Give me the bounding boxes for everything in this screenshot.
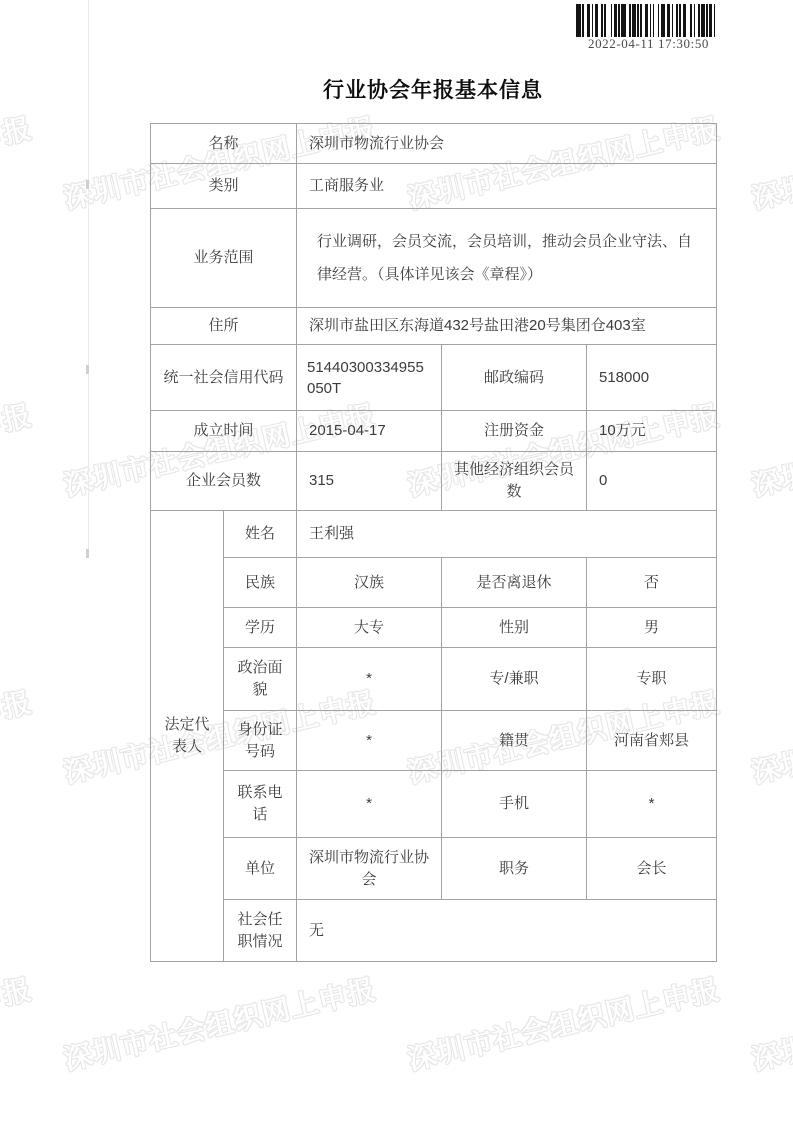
rep-full-part-time-value: 专职 (586, 648, 716, 710)
rep-gender-value: 男 (586, 608, 716, 647)
fold-tick (86, 180, 89, 189)
business-scope-label: 业务范围 (151, 209, 296, 307)
rep-ethnicity-value: 汉族 (296, 558, 441, 607)
fold-tick (86, 365, 89, 374)
postal-code-label: 邮政编码 (441, 345, 586, 410)
other-members-value: 0 (586, 452, 716, 510)
rep-retired-label: 是否离退休 (441, 558, 586, 607)
rep-contact-phone-label: 联系电话 (223, 771, 296, 837)
watermark-text: 深圳市社会组织网上申报 (748, 681, 793, 792)
watermark-text: 深圳市社会组织网上申报 (60, 968, 380, 1079)
established-label: 成立时间 (151, 411, 296, 451)
table-row: 民族 汉族 是否离退休 否 (223, 557, 716, 607)
scan-timestamp: 2022-04-11 17:30:50 (566, 36, 731, 52)
legal-rep-rows: 姓名 王利强 民族 汉族 是否离退休 否 学历 大专 性别 男 政治面貌 * 专… (223, 511, 716, 961)
rep-name-label: 姓名 (223, 511, 296, 557)
established-value: 2015-04-17 (296, 411, 441, 451)
postal-code-value: 518000 (586, 345, 716, 410)
rep-native-place-label: 籍贯 (441, 711, 586, 770)
rep-political-status-label: 政治面貌 (223, 648, 296, 710)
rep-education-value: 大专 (296, 608, 441, 647)
watermark-text: 深圳市社会组织网上申报 (0, 681, 35, 792)
legal-rep-block: 法定代表人 姓名 王利强 民族 汉族 是否离退休 否 学历 大专 性别 男 政治… (151, 510, 716, 961)
barcode-bar (715, 4, 720, 37)
table-row: 单位 深圳市物流行业协会 职务 会长 (223, 837, 716, 899)
page-fold-line (88, 0, 89, 558)
watermark-text: 深圳市社会组织网上申报 (748, 968, 793, 1079)
rep-ethnicity-label: 民族 (223, 558, 296, 607)
rep-work-unit-value: 深圳市物流行业协会 (296, 838, 441, 899)
watermark-text: 深圳市社会组织网上申报 (748, 394, 793, 505)
rep-education-label: 学历 (223, 608, 296, 647)
table-row: 业务范围 行业调研，会员交流，会员培训，推动会员企业守法、自律经营。（具体详见该… (151, 208, 716, 307)
rep-work-unit-label: 单位 (223, 838, 296, 899)
table-row: 社会任职情况 无 (223, 899, 716, 962)
address-value: 深圳市盐田区东海道432号盐田港20号集团仓403室 (296, 308, 716, 344)
legal-rep-label: 法定代表人 (151, 511, 223, 961)
rep-gender-label: 性别 (441, 608, 586, 647)
watermark-text: 深圳市社会组织网上申报 (404, 968, 724, 1079)
barcode (576, 4, 721, 37)
credit-code-value: 51440300334955050T (296, 345, 441, 410)
table-row: 名称 深圳市物流行业协会 (151, 124, 716, 163)
table-row: 政治面貌 * 专/兼职 专职 (223, 647, 716, 710)
rep-id-number-label: 身份证号码 (223, 711, 296, 770)
table-row: 身份证号码 * 籍贯 河南省郏县 (223, 710, 716, 770)
info-table: 名称 深圳市物流行业协会 类别 工商服务业 业务范围 行业调研，会员交流，会员培… (150, 123, 717, 962)
registered-capital-label: 注册资金 (441, 411, 586, 451)
watermark-text: 深圳市社会组织网上申报 (748, 107, 793, 218)
table-row: 住所 深圳市盐田区东海道432号盐田港20号集团仓403室 (151, 307, 716, 344)
rep-mobile-value: * (586, 771, 716, 837)
rep-position-label: 职务 (441, 838, 586, 899)
rep-retired-value: 否 (586, 558, 716, 607)
corporate-members-value: 315 (296, 452, 441, 510)
corporate-members-label: 企业会员数 (151, 452, 296, 510)
category-label: 类别 (151, 164, 296, 208)
rep-political-status-value: * (296, 648, 441, 710)
registered-capital-value: 10万元 (586, 411, 716, 451)
rep-mobile-label: 手机 (441, 771, 586, 837)
table-row: 成立时间 2015-04-17 注册资金 10万元 (151, 410, 716, 451)
address-label: 住所 (151, 308, 296, 344)
name-value: 深圳市物流行业协会 (296, 124, 716, 163)
table-row: 学历 大专 性别 男 (223, 607, 716, 647)
table-row: 统一社会信用代码 51440300334955050T 邮政编码 518000 (151, 344, 716, 410)
table-row: 类别 工商服务业 (151, 163, 716, 208)
rep-full-part-time-label: 专/兼职 (441, 648, 586, 710)
name-label: 名称 (151, 124, 296, 163)
watermark-text: 深圳市社会组织网上申报 (0, 394, 35, 505)
rep-position-value: 会长 (586, 838, 716, 899)
business-scope-value: 行业调研，会员交流，会员培训，推动会员企业守法、自律经营。（具体详见该会《章程》… (296, 209, 716, 307)
other-members-label: 其他经济组织会员数 (441, 452, 586, 510)
watermark-text: 深圳市社会组织网上申报 (0, 968, 35, 1079)
category-value: 工商服务业 (296, 164, 716, 208)
watermark-text: 深圳市社会组织网上申报 (0, 107, 35, 218)
table-row: 企业会员数 315 其他经济组织会员数 0 (151, 451, 716, 510)
fold-tick (86, 549, 89, 558)
table-row: 联系电话 * 手机 * (223, 770, 716, 837)
credit-code-label: 统一社会信用代码 (151, 345, 296, 410)
rep-id-number-value: * (296, 711, 441, 770)
rep-name-value: 王利强 (296, 511, 716, 557)
rep-native-place-value: 河南省郏县 (586, 711, 716, 770)
rep-contact-phone-value: * (296, 771, 441, 837)
rep-social-positions-label: 社会任职情况 (223, 900, 296, 962)
page-title: 行业协会年报基本信息 (150, 74, 716, 104)
table-row: 姓名 王利强 (223, 511, 716, 557)
rep-social-positions-value: 无 (296, 900, 716, 962)
